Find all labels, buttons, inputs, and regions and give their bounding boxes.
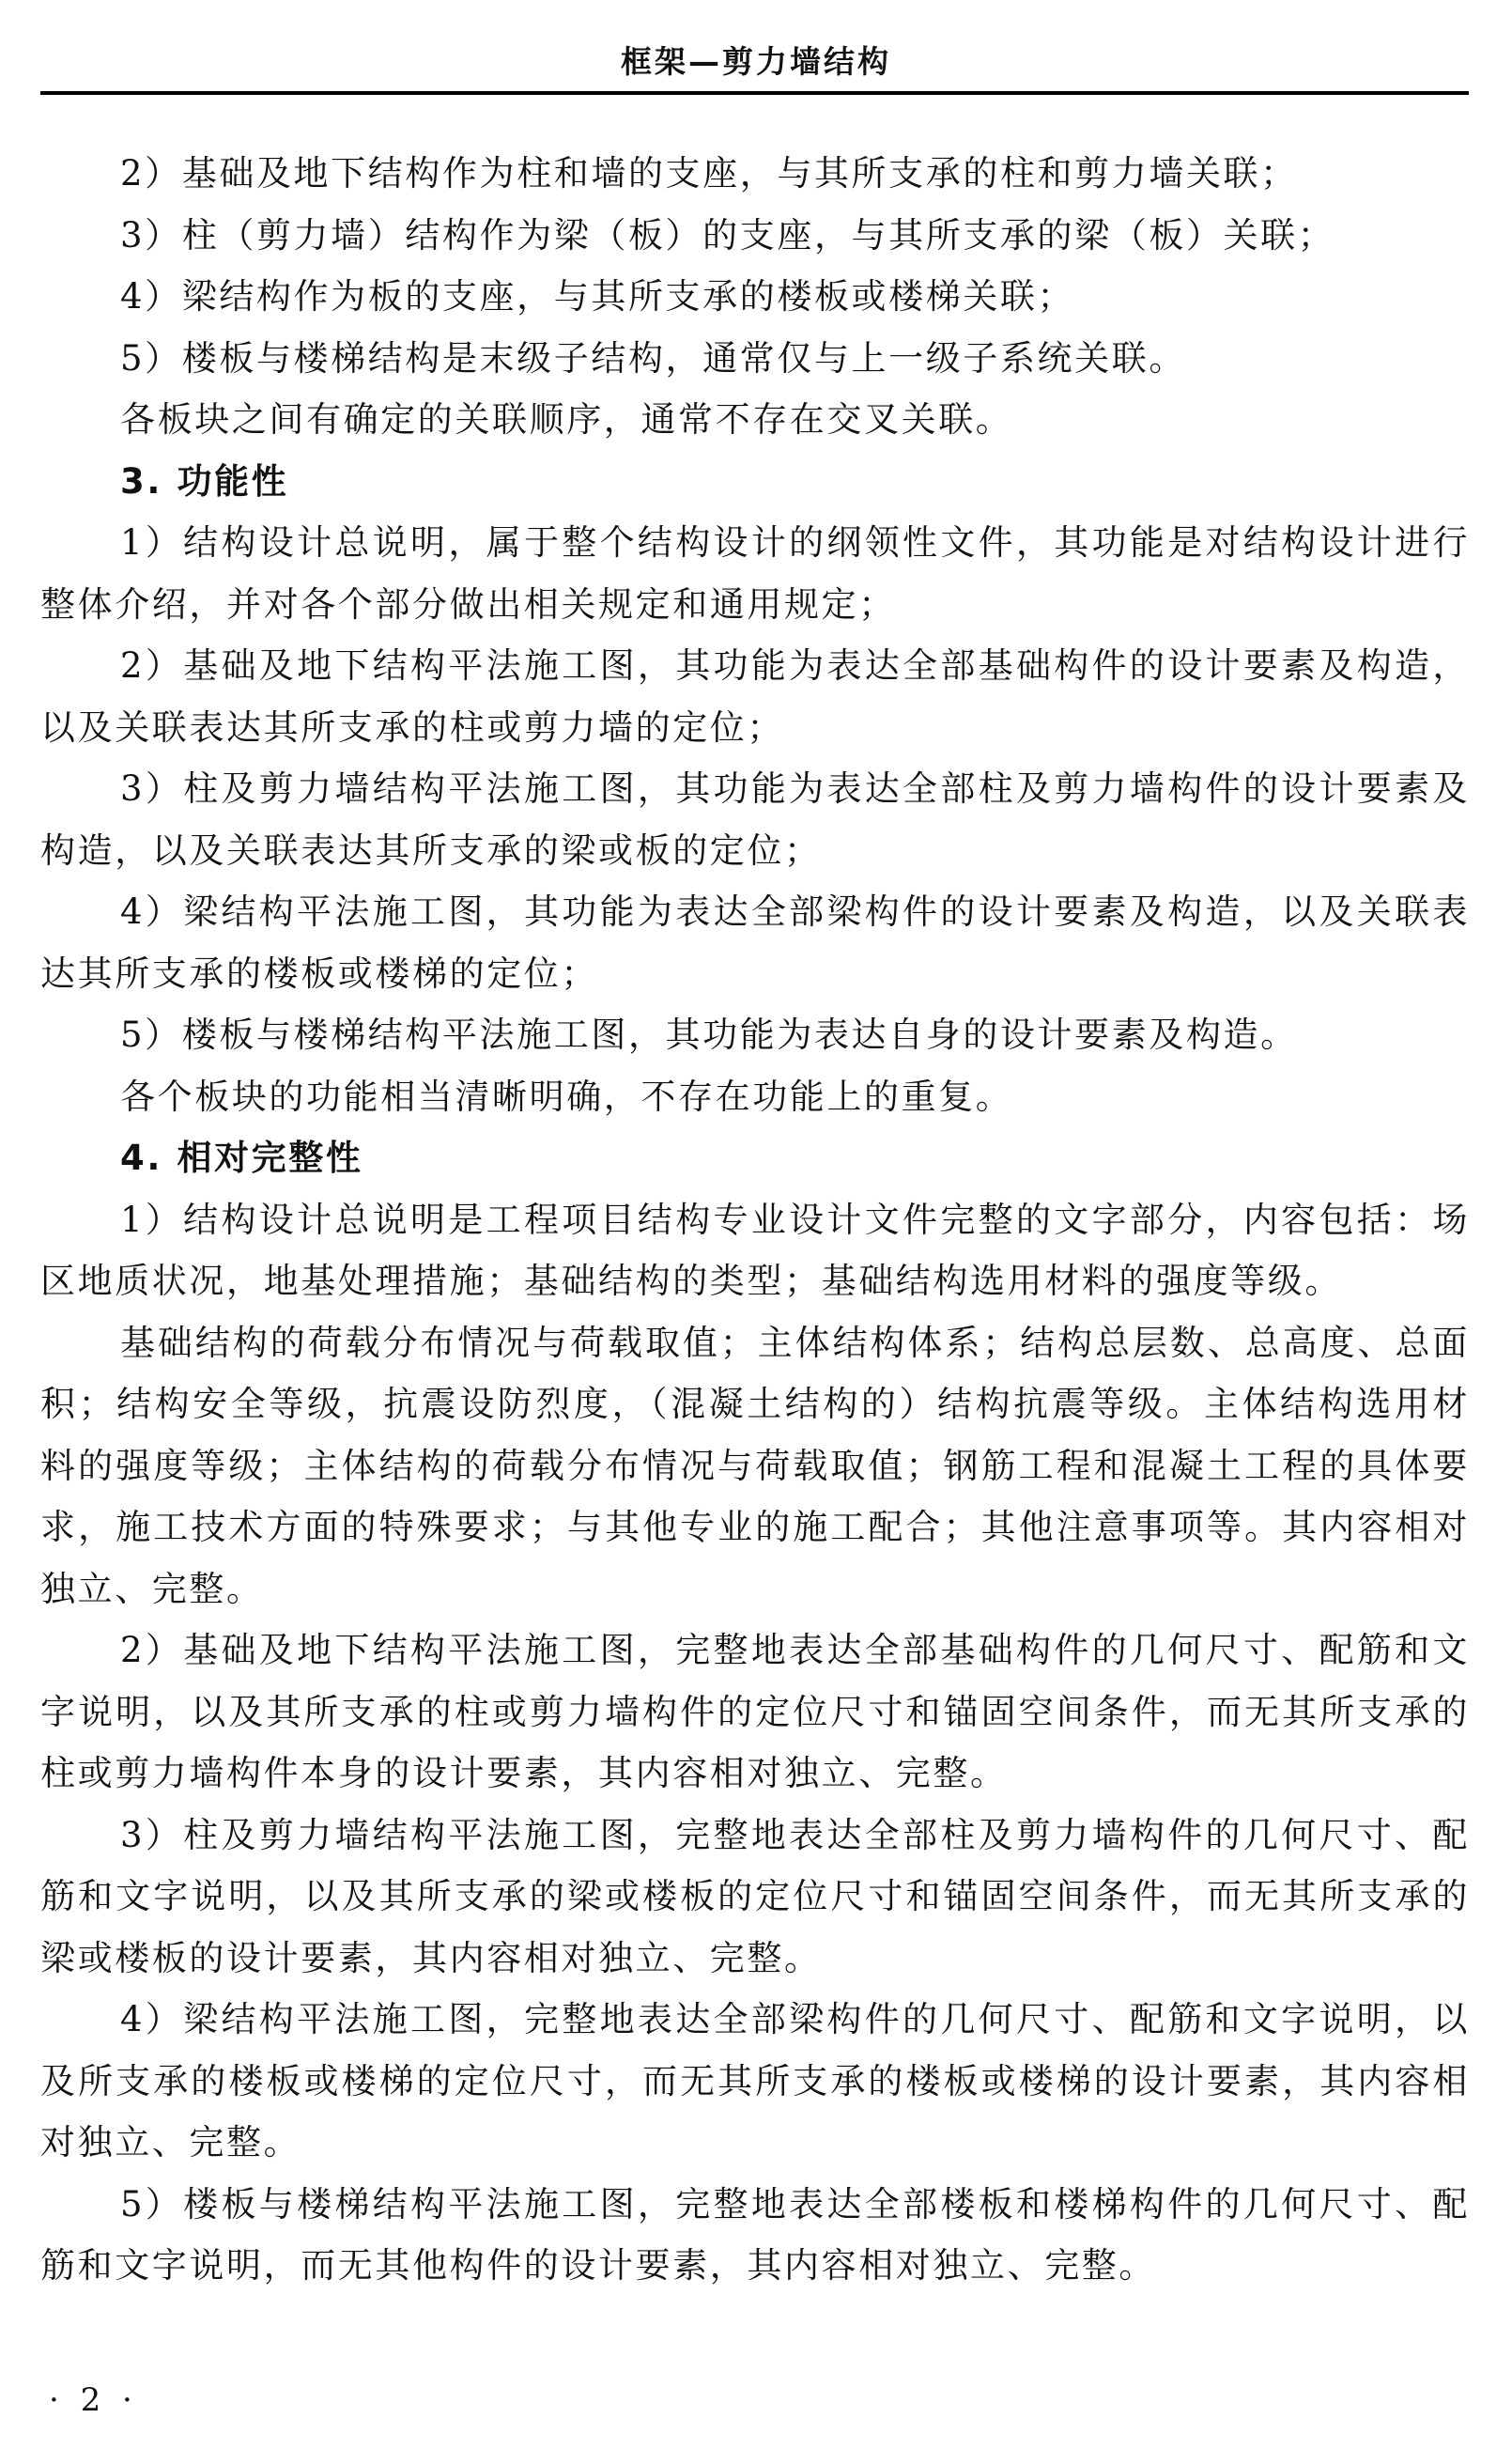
list-item: 2）基础及地下结构作为柱和墙的支座，与其所支承的柱和剪力墙关联；	[40, 143, 1470, 205]
list-item: 5）楼板与楼梯结构平法施工图，完整地表达全部楼板和楼梯构件的几何尺寸、配筋和文字…	[40, 2174, 1470, 2297]
list-item: 1）结构设计总说明是工程项目结构专业设计文件完整的文字部分，内容包括：场区地质状…	[40, 1189, 1470, 1312]
list-item: 5）楼板与楼梯结构平法施工图，其功能为表达自身的设计要素及构造。	[40, 1004, 1470, 1066]
list-item: 4）梁结构平法施工图，其功能为表达全部梁构件的设计要素及构造，以及关联表达其所支…	[40, 881, 1470, 1004]
body-paragraph: 各个板块的功能相当清晰明确，不存在功能上的重复。	[40, 1066, 1470, 1128]
page-body: 2）基础及地下结构作为柱和墙的支座，与其所支承的柱和剪力墙关联； 3）柱（剪力墙…	[40, 143, 1470, 2297]
section-heading: 3. 功能性	[40, 451, 1470, 513]
list-item: 5）楼板与楼梯结构是末级子结构，通常仅与上一级子系统关联。	[40, 328, 1470, 390]
body-paragraph: 基础结构的荷载分布情况与荷载取值；主体结构体系；结构总层数、总高度、总面积；结构…	[40, 1312, 1470, 1620]
section-heading: 4. 相对完整性	[40, 1127, 1470, 1189]
list-item: 3）柱及剪力墙结构平法施工图，完整地表达全部柱及剪力墙构件的几何尺寸、配筋和文字…	[40, 1805, 1470, 1990]
list-item: 3）柱及剪力墙结构平法施工图，其功能为表达全部柱及剪力墙构件的设计要素及构造，以…	[40, 758, 1470, 881]
body-paragraph: 各板块之间有确定的关联顺序，通常不存在交叉关联。	[40, 389, 1470, 451]
list-item: 3）柱（剪力墙）结构作为梁（板）的支座，与其所支承的梁（板）关联；	[40, 205, 1470, 267]
running-head-title: 框架—剪力墙结构	[0, 38, 1512, 82]
list-item: 4）梁结构作为板的支座，与其所支承的楼板或楼梯关联；	[40, 266, 1470, 328]
list-item: 2）基础及地下结构平法施工图，完整地表达全部基础构件的几何尺寸、配筋和文字说明，…	[40, 1620, 1470, 1805]
page-number: · 2 ·	[49, 2381, 138, 2419]
list-item: 4）梁结构平法施工图，完整地表达全部梁构件的几何尺寸、配筋和文字说明，以及所支承…	[40, 1989, 1470, 2174]
list-item: 1）结构设计总说明，属于整个结构设计的纲领性文件，其功能是对结构设计进行整体介绍…	[40, 512, 1470, 635]
list-item: 2）基础及地下结构平法施工图，其功能为表达全部基础构件的设计要素及构造，以及关联…	[40, 635, 1470, 758]
header-rule	[40, 91, 1469, 95]
